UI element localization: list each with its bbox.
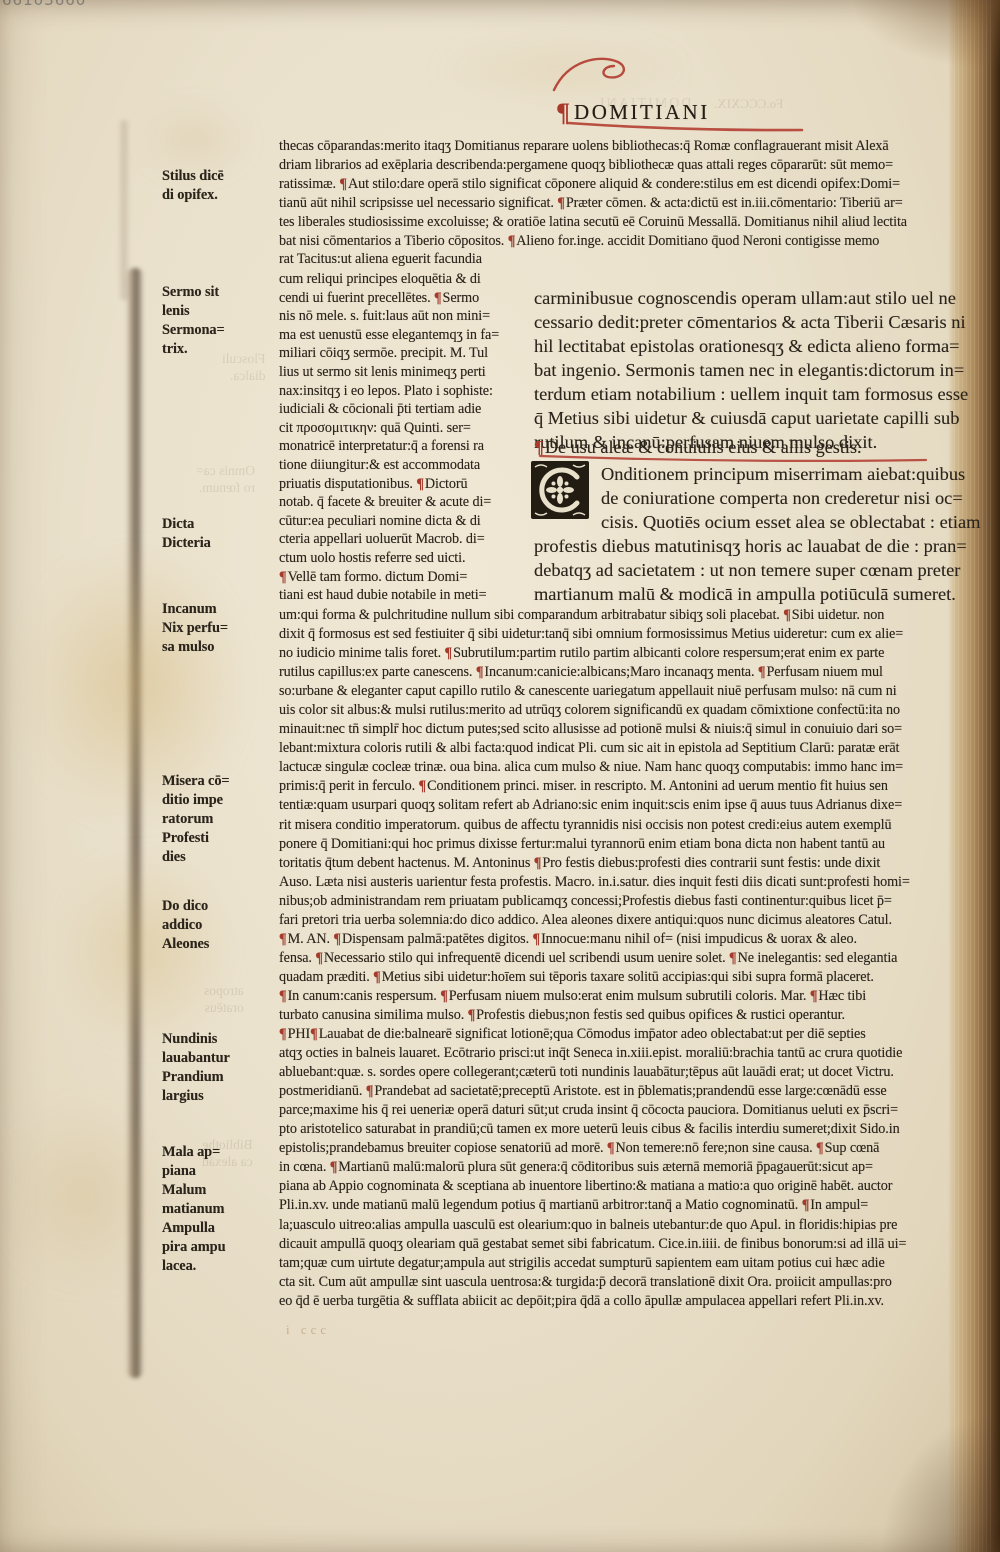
text-line: martianum malū & modicā in ampulla potiū… <box>534 582 990 606</box>
text-line: toritatis q̄tum debent hactenus. M. Anto… <box>279 854 991 873</box>
pilcrow-icon: ¶ <box>310 1026 319 1042</box>
text-line: la;uasculo uitreo:alias ampulla uasculū … <box>279 1216 991 1235</box>
text-line: ponere q̄ Domitiani:qui hoc primus dixis… <box>279 835 991 854</box>
text-line: tentiæ:quam usurpari quoqʒ solitam refer… <box>279 796 991 815</box>
text-line: tione diiungitur:& est accommodata <box>279 456 535 475</box>
pilcrow-icon: ¶ <box>534 855 543 871</box>
text-line: cūtur:ea peculiari nomine dicta & di <box>279 512 535 531</box>
text-line: dixit q̄ formosus est sed festiuiter q̄ … <box>279 625 991 644</box>
commentary-main-block: um:qui forma & pulchritudine nullum sibi… <box>279 606 991 1311</box>
text-line: cum reliqui principes eloquētia & di <box>279 270 535 289</box>
pilcrow-icon: ¶ <box>279 988 288 1004</box>
text-line: pto aristotelico saturabat in prandiū;cū… <box>279 1120 991 1139</box>
pilcrow-icon: ¶ <box>339 176 348 192</box>
text-line: nax:insitqʒ i eo lepos. Plato i sophiste… <box>279 382 535 401</box>
pilcrow-icon: ¶ <box>810 988 819 1004</box>
gutter-shadow-upper <box>118 120 130 300</box>
text-line: Sermo sit <box>162 283 274 302</box>
text-line: addico <box>162 916 274 935</box>
text-line: so:urbane & eleganter caput capillo ruti… <box>279 682 991 701</box>
text-line: fari pretori tria uerba solemnia:do dico… <box>279 911 991 930</box>
ghost-title: DOMITIANI <box>598 96 691 112</box>
pilcrow-icon: ¶ <box>315 950 324 966</box>
pilcrow-icon: ¶ <box>279 1026 288 1042</box>
text-line: no iudicio minime talis foret. ¶Subrutil… <box>279 644 991 663</box>
text-line: de coniuratione comperta non crederetur … <box>601 486 991 510</box>
pilcrow-icon: ¶ <box>366 1083 375 1099</box>
margin-note-mala: Mala ap=pianaMalummatianumAmpullapira am… <box>162 1143 274 1276</box>
text-line: rutilus capillus:ex parte canescens. ¶In… <box>279 663 991 682</box>
text-line: ¶In canum:canis respersum. ¶Perfusam niu… <box>279 987 991 1006</box>
text-line: epistolis;prandebamus breuiter copiose s… <box>279 1139 991 1158</box>
text-line: Omnis ca= <box>196 462 255 479</box>
text-line: ratorum <box>162 810 274 829</box>
pilcrow-icon: ¶ <box>758 664 767 680</box>
margin-note-incanum: IncanumNix perfu=sa mulso <box>162 600 274 657</box>
text-line: lauabantur <box>162 1049 274 1068</box>
text-line: priuatis disputationibus. ¶Dictorū <box>279 475 535 494</box>
text-line: Mala ap= <box>162 1143 274 1162</box>
margin-note-stilus: Stilus dicēdi opifex. <box>162 167 274 205</box>
text-line: cendi ui fuerint precellētes. ¶Sermo <box>279 289 535 308</box>
text-line: lebant:mixtura coloris rutili & albi fac… <box>279 739 991 758</box>
pilcrow-icon: ¶ <box>508 233 517 249</box>
text-line: cessario dedit:preter cōmentarios & acta… <box>534 310 990 334</box>
pilcrow-icon: ¶ <box>557 195 566 211</box>
text-line: debatqʒ ad sacietatem : ut non temere su… <box>534 558 990 582</box>
text-line: hil lectitabat epistolas orationesqʒ & e… <box>534 334 990 358</box>
pilcrow-icon: ¶ <box>440 988 449 1004</box>
text-line: iudiciali & cōcionali p̄ti tertiam adie <box>279 400 535 419</box>
text-line: nibus;ob administrandam rem priuatam pub… <box>279 892 991 911</box>
text-line: ¶M. AN. ¶Dispensam palmā:patētes digitos… <box>279 930 991 949</box>
text-line: tiani est haud dubie notabile in meti= <box>279 586 535 605</box>
commentary-left-column: cum reliqui principes eloquētia & dicend… <box>279 270 535 605</box>
margin-note-dicta: DictaDicteria <box>162 515 274 553</box>
text-line: ro fœnum. <box>196 479 255 496</box>
text-line: parce;maxime his q̄ rei ueneriæ operā da… <box>279 1101 991 1120</box>
text-line: nis nō mele. s. fuit:laus aūt non mini= <box>279 307 535 326</box>
text-line: oratēus <box>204 999 244 1016</box>
text-line: Sermona= <box>162 321 274 340</box>
text-line: rat Tacitus:ut aliena eguerit facundia <box>279 250 991 269</box>
text-line: Prandium <box>162 1068 274 1087</box>
corner-shadow-bottom-right <box>880 1412 1000 1552</box>
pilcrow-icon: ¶ <box>533 931 542 947</box>
text-line: lactucæ singulæ cocleæ trinæ. oua bina. … <box>279 758 991 777</box>
text-line: turbato canusina similima mulso. ¶Profes… <box>279 1006 991 1025</box>
pilcrow-icon: ¶ <box>802 1197 811 1213</box>
text-line: Auso. Læta nisi austeris uarientur festa… <box>279 873 991 892</box>
text-line: carminibusue cognoscendis operam ullam:a… <box>534 286 990 310</box>
text-line: cta sit. Cum aūt ampullæ sint uascula ue… <box>279 1273 991 1292</box>
text-line: atqʒ octies in balneis lauaret. Ecōtrari… <box>279 1044 991 1063</box>
pilcrow-icon: ¶ <box>419 778 428 794</box>
pilcrow-icon: ¶ <box>279 569 288 585</box>
text-line: Dicteria <box>162 534 274 553</box>
pilcrow-icon: ¶ <box>445 645 454 661</box>
text-line: terdum etiam notabilium : uellem inquit … <box>534 382 990 406</box>
text-line: Dicta <box>162 515 274 534</box>
pilcrow-icon: ¶ <box>783 607 792 623</box>
text-line: um:qui forma & pulchritudine nullum sibi… <box>279 606 991 625</box>
text-line: cit προσομιτικην: quā Quinti. ser= <box>279 419 535 438</box>
text-line: quadam præditi. ¶Metius sibi uidetur:hoī… <box>279 968 991 987</box>
ghost-folio-number: Fo.CCCXIX. <box>714 96 783 112</box>
text-line: abluebant:quæ. s. sordes opere collegera… <box>279 1063 991 1082</box>
red-underline <box>556 116 808 136</box>
text-line: dicauit ampullā quoqʒ oleariam quā gesta… <box>279 1235 991 1254</box>
pilcrow-icon: ¶ <box>330 1159 339 1175</box>
text-line: pira ampu <box>162 1238 274 1257</box>
commentary-top-block: thecas cōparandas:merito itaqʒ Domitianu… <box>279 137 991 269</box>
text-line: Nundinis <box>162 1030 274 1049</box>
text-line: ¶PHI¶Lauabat de die:balnearē significat … <box>279 1025 991 1044</box>
pilcrow-icon: ¶ <box>333 931 342 947</box>
pilcrow-icon: ¶ <box>373 969 382 985</box>
text-line: driam librarios ad exēplaria describenda… <box>279 156 991 175</box>
text-line: postmeridianū. ¶Prandebat ad sacietatē;p… <box>279 1082 991 1101</box>
text-line: Misera cō= <box>162 772 274 791</box>
text-line: piana <box>162 1162 274 1181</box>
initial-paragraph-full: profestis diebus matutinisqʒ horis ac la… <box>534 534 990 606</box>
margin-note-sermo: Sermo sitlenisSermona=trix. <box>162 283 274 359</box>
initial-paragraph-indented: Onditionem principum miserrimam aiebat:q… <box>601 462 991 534</box>
pilcrow-icon: ¶ <box>729 950 738 966</box>
text-line: Malum <box>162 1181 274 1200</box>
text-line: Ampulla <box>162 1219 274 1238</box>
text-line: ratissimæ. ¶Aut stilo:dare operā stilo s… <box>279 175 991 194</box>
red-ink-flourish <box>548 52 648 100</box>
text-line: tes liberales studiosissime excoluisse; … <box>279 213 991 232</box>
book-page-scan: 66103660 ¶DOMITIANI Fo.CCCXIX. DOMITIANI… <box>0 0 1000 1552</box>
text-line: ditio impe <box>162 791 274 810</box>
pilcrow-icon: ¶ <box>607 1140 616 1156</box>
text-line: uis color sit albus:& mulsi rutilus:meri… <box>279 701 991 720</box>
text-line: di opifex. <box>162 186 274 205</box>
margin-note-dodico: Do dicoaddicoAleones <box>162 897 274 954</box>
text-line: thecas cōparandas:merito itaqʒ Domitianu… <box>279 137 991 156</box>
text-line: profestis diebus matutinisqʒ horis ac la… <box>534 534 990 558</box>
text-line: monatricē interpretatur:q̄ a forensi ra <box>279 437 535 456</box>
text-line: dialca. <box>222 367 266 384</box>
text-line: tam;quæ cum uirtute degatur;ampula aut s… <box>279 1254 991 1273</box>
margin-note-nundinis: NundinislauabanturPrandiumlargius <box>162 1030 274 1106</box>
text-line: Stilus dicē <box>162 167 274 186</box>
paper-stain <box>140 105 250 175</box>
text-line: trix. <box>162 340 274 359</box>
text-line: rit misera conditio imperatorum. quibus … <box>279 816 991 835</box>
text-line: q̄ Metius sibi uidetur & cuiusdā caput u… <box>534 406 990 430</box>
pilcrow-icon: ¶ <box>468 1007 477 1023</box>
corner-shadow-top-right <box>850 0 1000 70</box>
text-line: in cœna. ¶Martianū malū:malorū plura sūt… <box>279 1158 991 1177</box>
text-line: Do dico <box>162 897 274 916</box>
text-line: tianū aūt nihil scripsisse uel necessari… <box>279 194 991 213</box>
text-line: lenis <box>162 302 274 321</box>
text-line: bat ingenio. Sermonis tamen nec in elega… <box>534 358 990 382</box>
suetonius-text-column: carminibusue cognoscendis operam ullam:a… <box>534 286 990 454</box>
pilcrow-icon: ¶ <box>279 931 288 947</box>
woodcut-initial-C <box>531 461 589 519</box>
text-line: primis:q̄ perit in ferculo. ¶Conditionem… <box>279 777 991 796</box>
text-line: lacea. <box>162 1257 274 1276</box>
pilcrow-icon: ¶ <box>476 664 485 680</box>
pilcrow-icon: ¶ <box>816 1140 825 1156</box>
text-line: lius ut sermo sit lenis minimeqʒ perti <box>279 363 535 382</box>
text-line: Aleones <box>162 935 274 954</box>
text-line: piana ab Appio cognominata & sceptiana a… <box>279 1177 991 1196</box>
text-line: cisis. Quotiēs ocium esset alea se oblec… <box>601 510 991 534</box>
text-line: atropos <box>204 982 244 999</box>
text-line: fensa. ¶Necessario stilo qui infrequentē… <box>279 949 991 968</box>
text-line: cteria appellari uoluerūt Macrob. di= <box>279 530 535 549</box>
text-line: eo q̄d ē uerba turgētia & sufflata abiic… <box>279 1292 991 1311</box>
ghost-margin-note: Omnis ca=ro fœnum. <box>196 462 255 496</box>
text-line: notab. q̄ facete & breuiter & acute di= <box>279 493 535 512</box>
pilcrow-icon: ¶ <box>434 290 443 306</box>
text-line: ¶Vellē tam formo. dictum Domi= <box>279 568 535 587</box>
text-line: ma est uenustū esse elegantemqʒ in fa= <box>279 326 535 345</box>
text-line: minauit:nec tn̄ simplr̄ hoc dictum putes… <box>279 720 991 739</box>
text-line: Incanum <box>162 600 274 619</box>
text-line: Nix perfu= <box>162 619 274 638</box>
margin-note-misera: Misera cō=ditio imperatorumProfestidies <box>162 772 274 867</box>
text-line: ctum uolo hostis referre sed uicti. <box>279 549 535 568</box>
pilcrow-icon: ¶ <box>416 476 425 492</box>
signature-mark: i ccc <box>286 1322 330 1338</box>
text-line: bat nisi cōmentarios a Tiberio cōpositos… <box>279 232 991 251</box>
text-line: miliari cōiqʒ sermōe. precipit. M. Tul <box>279 344 535 363</box>
scan-id-partial: 66103660 <box>2 0 86 9</box>
text-line: Onditionem principum miserrimam aiebat:q… <box>601 462 991 486</box>
text-line: dies <box>162 848 274 867</box>
ghost-margin-note: atroposoratēus <box>204 982 244 1016</box>
paper-stain <box>0 1100 170 1290</box>
text-line: Pli.in.xv. unde matianū malū legendum po… <box>279 1196 991 1215</box>
text-line: largius <box>162 1087 274 1106</box>
text-line: sa mulso <box>162 638 274 657</box>
text-line: Profesti <box>162 829 274 848</box>
text-line: matianum <box>162 1200 274 1219</box>
